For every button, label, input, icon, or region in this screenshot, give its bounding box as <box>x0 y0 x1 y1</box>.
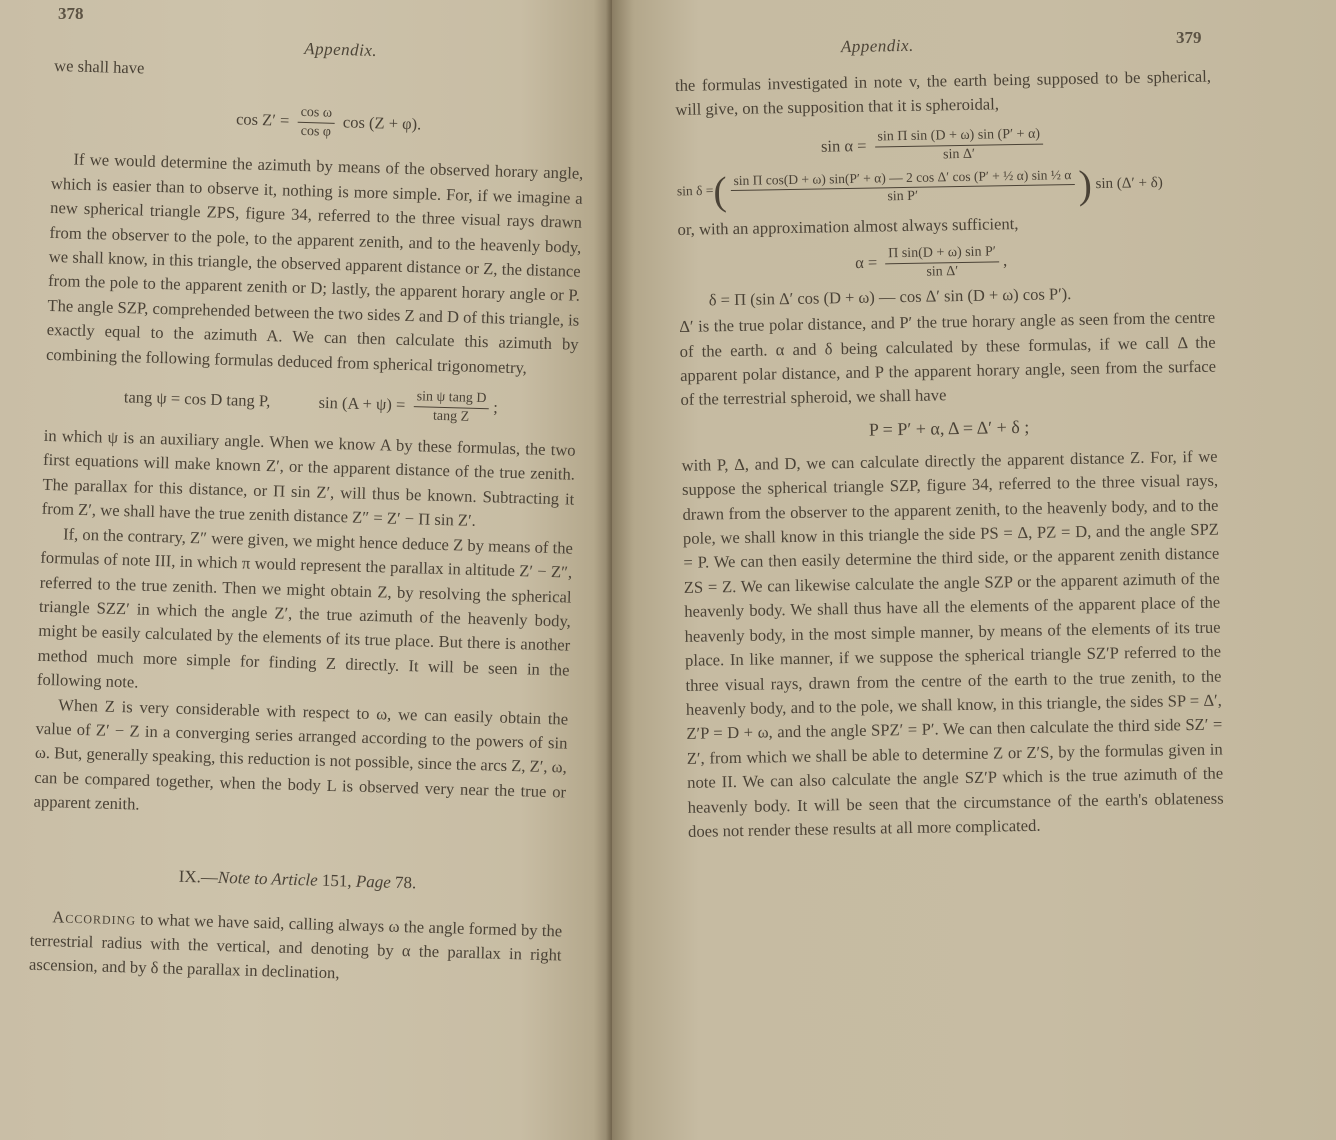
left-page-content: Appendix. we shall have cos Z′ = cos ω c… <box>29 0 588 992</box>
paragraph: According to what we have said, calling … <box>29 904 563 992</box>
paragraph: When Z is very considerable with respect… <box>33 692 568 829</box>
paragraph: or, with an approximation almost always … <box>677 208 1213 242</box>
left-page: 378 Appendix. we shall have cos Z′ = cos… <box>0 0 612 1140</box>
formula-alpha: α = Π sin(D + ω) sin P′ sin Δ′ , <box>678 241 1215 285</box>
paragraph: the formulas investigated in note v, the… <box>675 65 1212 123</box>
formula-p-delta: P = P′ + α, Δ = Δ′ + δ ; <box>681 413 1217 443</box>
paragraph: Δ′ is the true polar distance, and P′ th… <box>679 306 1217 413</box>
note-heading: IX.—Note to Article 151, Page 78. <box>31 862 563 897</box>
formula-tang-psi: tang ψ = cos D tang P, sin (A + ψ) = sin… <box>44 379 577 429</box>
book-spread: 378 Appendix. we shall have cos Z′ = cos… <box>0 0 1336 1140</box>
paragraph: If we would determine the azimuth by mea… <box>46 147 584 381</box>
formula-cos-z-prime: cos Z′ = cos ω cos φ cos (Z + φ). <box>52 98 585 148</box>
formula-sin-alpha: sin α = sin Π sin (D + ω) sin (P′ + α) s… <box>676 123 1213 167</box>
running-head-right: Appendix. <box>674 31 1210 60</box>
right-page-content: Appendix. the formulas investigated in n… <box>674 17 1224 845</box>
right-page: 379 Appendix. the formulas investigated … <box>612 0 1336 1140</box>
paragraph: with P, Δ, and D, we can calculate direc… <box>681 444 1224 844</box>
formula-sin-delta: sin δ =( sin Π cos(D + ω) sin(P′ + α) — … <box>677 162 1214 211</box>
paragraph: in which ψ is an auxiliary angle. When w… <box>41 424 576 536</box>
paragraph: If, on the contrary, Z″ were given, we m… <box>37 521 574 707</box>
